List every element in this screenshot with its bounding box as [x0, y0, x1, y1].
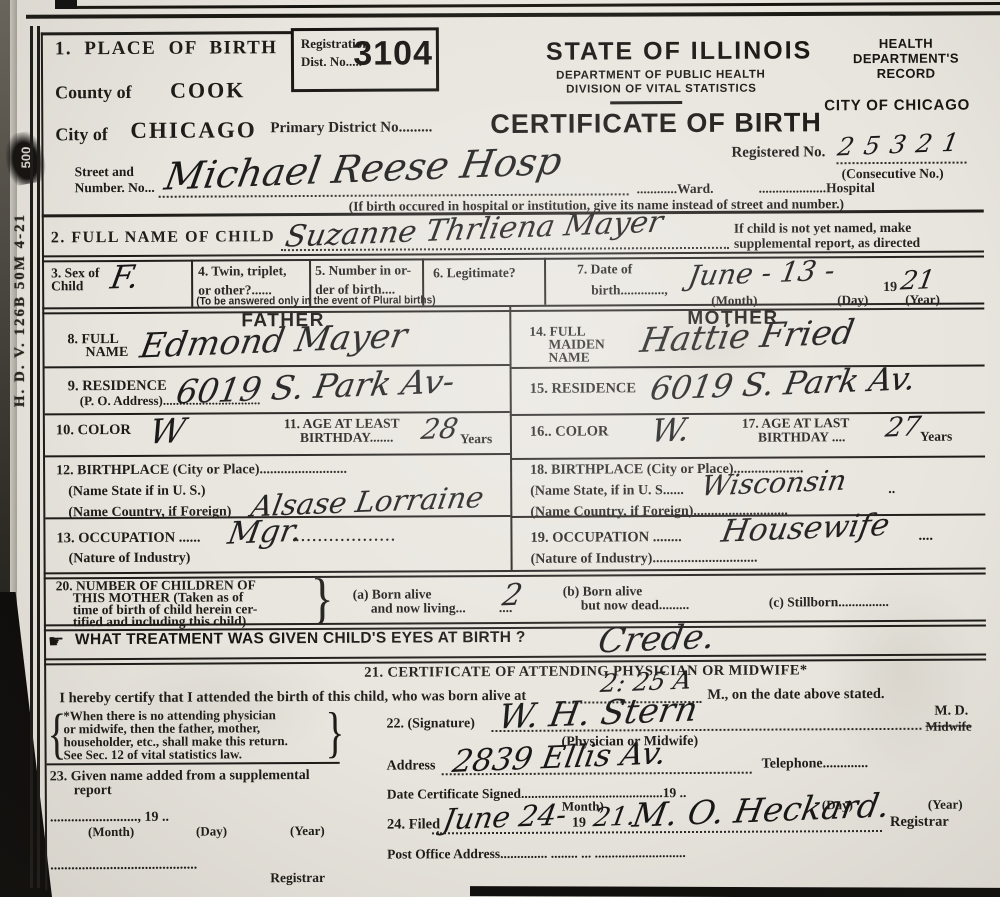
father-age-suffix: Years	[460, 431, 492, 447]
supplemental-sig-dots: ........................................…	[50, 858, 197, 875]
mother-residence-label: 15. RESIDENCE	[530, 380, 636, 398]
legitimate-label: 6. Legitimate?	[433, 265, 516, 281]
father-mother-divider	[509, 305, 512, 572]
mother-birthplace-state-value: Wisconsin	[699, 464, 849, 503]
note-brace-right: }	[325, 701, 344, 765]
father-industry-note: (Nature of Industry)	[69, 551, 191, 568]
mother-industry-note: (Nature of Industry)....................…	[531, 551, 758, 568]
mother-color-value: W.	[649, 410, 693, 450]
sex-label-2: Child	[51, 278, 83, 294]
registered-no-rule	[836, 140, 966, 165]
father-birthplace-state-note: (Name State if in U. S.)	[68, 484, 205, 501]
ward-label: ............Ward.	[637, 181, 714, 197]
address-label: Address	[387, 758, 436, 774]
certificate-title: CERTIFICATE OF BIRTH	[490, 107, 822, 140]
md-label: M. D.	[934, 704, 968, 720]
pointing-hand-icon: ☛	[48, 631, 64, 652]
order-label-1: 5. Number in or-	[315, 262, 411, 279]
hospital-label: ....................Hospital	[759, 180, 875, 197]
physician-section-title: 21. CERTIFICATE OF ATTENDING PHYSICIAN O…	[364, 662, 807, 681]
primary-district-label: Primary District No.........	[270, 119, 432, 137]
twin-label-1: 4. Twin, triplet,	[198, 263, 286, 279]
mother-color-label: 16.. COLOR	[530, 423, 609, 440]
mother-age-label-2: BIRTHDAY ....	[758, 429, 846, 445]
dob-printed-19: 19	[883, 280, 897, 296]
street-rule	[159, 171, 629, 197]
dob-label-1: 7. Date of	[577, 261, 632, 277]
mother-occupation-label: 19. OCCUPATION ........	[530, 529, 681, 547]
signature-rule	[491, 708, 921, 732]
father-color-label: 10. COLOR	[56, 422, 131, 439]
father-age-label-2: BIRTHDAY.......	[300, 430, 394, 446]
certificate-form: Registration Dist. No..... 3104 1. PLACE…	[0, 0, 1000, 897]
physician-note-4: See Sec. 12 of vital statistics law.	[64, 746, 242, 763]
mother-occupation-value: Housewife	[719, 507, 892, 550]
registration-district-number: 3104	[353, 34, 433, 73]
mother-birthplace-state-note: (Name State, if in U. S......	[530, 483, 684, 500]
mother-occupation-dots: ....	[918, 528, 933, 545]
supplemental-registrar-label: Registrar	[270, 870, 325, 886]
filed-registrar-label: Registrar	[890, 814, 949, 831]
birth-certificate-scan: 500 H. D. V. 126B 50M 4-21 Registration …	[0, 0, 1000, 897]
born-alive-living-label-2: and now living...	[371, 600, 466, 616]
field-1-place-of-birth: 1. PLACE OF BIRTH	[55, 37, 278, 60]
cell-divider-4	[544, 258, 546, 305]
mother-name-value: Hattie Fried	[637, 312, 857, 361]
midwife-struck-label: Midwife	[925, 719, 971, 735]
stillborn-label: (c) Stillborn...............	[769, 594, 889, 611]
child-name-label: 2. FULL NAME OF CHILD	[51, 228, 275, 247]
father-residence-value: 6019 S. Park Av-	[173, 361, 457, 411]
signature-label: 22. (Signature)	[386, 716, 475, 732]
city-value: CHICAGO	[130, 117, 257, 144]
unnamed-note-2: supplemental report, as directed	[734, 235, 920, 252]
division-vital-statistics: DIVISION OF VITAL STATISTICS	[566, 83, 756, 96]
cell-divider-1	[191, 260, 193, 307]
county-label: County of	[55, 82, 132, 103]
dob-label-2: birth.............,	[591, 282, 668, 298]
date-signed-year-note: (Year)	[928, 797, 963, 813]
city-label: City of	[55, 124, 108, 145]
mother-age-suffix: Years	[920, 429, 952, 445]
supplemental-month-note: (Month)	[88, 824, 134, 840]
rule-under-note	[47, 762, 340, 766]
mother-age-value: 27	[883, 411, 923, 443]
city-of-chicago: CITY OF CHICAGO	[824, 97, 970, 115]
form-top-border	[41, 31, 293, 35]
rule-under-child-name	[42, 250, 984, 262]
child-name-rule	[281, 225, 729, 251]
supplemental-name-label-2: report	[74, 783, 112, 799]
born-alive-dead-label-2: but now dead.........	[581, 597, 689, 614]
form-left-border	[41, 32, 47, 890]
father-age-value: 28	[419, 412, 461, 446]
telephone-label: Telephone.............	[762, 756, 869, 773]
registration-district-box: Registration Dist. No..... 3104	[291, 27, 439, 92]
mother-name-label-3: NAME	[548, 350, 589, 366]
children-count-brace: }	[311, 567, 334, 631]
sex-value: F.	[108, 257, 142, 296]
post-office-label: Post Office Address.............. ......…	[387, 845, 686, 863]
father-name-value: Edmond Mayer	[137, 316, 410, 367]
mother-color-rule	[510, 455, 985, 459]
supplemental-day-note: (Day)	[196, 823, 227, 839]
supplemental-year-note: (Year)	[290, 823, 325, 839]
father-birthplace-label: 12. BIRTHPLACE (City or Place)..........…	[56, 462, 347, 480]
county-value: COOK	[170, 77, 245, 103]
dob-value: June - 13 -	[686, 254, 838, 293]
born-alive-living-dots: ....	[499, 600, 513, 616]
father-occupation-label: 13. OCCUPATION ......	[56, 530, 200, 548]
address-rule	[442, 752, 752, 776]
street-label-2: Number. No...	[75, 180, 155, 196]
certify-text-pre: I hereby certify that I attended the bir…	[59, 688, 526, 707]
father-color-rule	[45, 453, 510, 457]
father-occupation-dots: ..................	[295, 529, 396, 547]
father-name-label-2: NAME	[85, 345, 128, 361]
state-title: STATE OF ILLINOIS	[546, 36, 813, 66]
health-dept-record: HEALTH DEPARTMENT'S RECORD	[850, 36, 962, 82]
eyes-treatment-question: WHAT TREATMENT WAS GIVEN CHILD'S EYES AT…	[75, 629, 526, 649]
filed-rule	[432, 810, 882, 834]
father-occupation-value: Mgr.	[225, 513, 305, 552]
header-small-rule	[610, 101, 682, 104]
street-label-1: Street and	[75, 164, 134, 180]
father-color-value: W	[146, 411, 188, 452]
mother-birthplace-state-dots: ..	[888, 482, 895, 498]
registered-no-label: Registered No.	[731, 144, 825, 161]
dept-public-health: DEPARTMENT OF PUBLIC HEALTH	[556, 69, 765, 82]
certify-text-post: M., on the date above stated.	[707, 686, 884, 704]
